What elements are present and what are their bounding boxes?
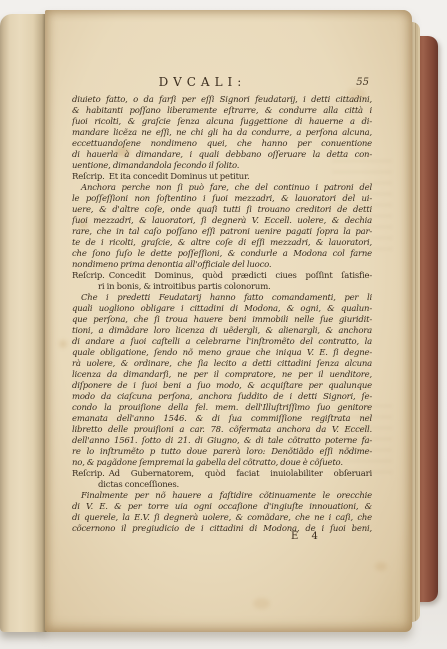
text-line: condo la prouiſione della fel. mem. dell… bbox=[72, 403, 372, 414]
text-line: ſuoi mezzadri, & lauoratori, ſi degnerà … bbox=[72, 216, 372, 227]
text-line: mandare licẽza ne eſſi, ne chi gli ha da… bbox=[72, 128, 372, 139]
text-line: rare, che in tal caſo poſſano eſſi patro… bbox=[72, 227, 372, 238]
body-paragraph: Che i predetti Feudatarij hanno fatto co… bbox=[72, 293, 372, 469]
text-line: dictas conceſſiones. bbox=[72, 480, 372, 491]
page-header: DVCALI: 55 bbox=[72, 75, 373, 90]
left-page-edges bbox=[0, 14, 47, 632]
text-line: uere, & d'altre coſe, onde quaſi tutti ſ… bbox=[72, 205, 372, 216]
text-line: rà uolere, & ordinare, che ſia lecito a … bbox=[72, 359, 372, 370]
rescript-paragraph: Reſcrip. Et ita concedit Dominus ut peti… bbox=[72, 172, 372, 183]
foxing-spot bbox=[375, 562, 387, 571]
text-line: Che i predetti Feudatarij hanno fatto co… bbox=[72, 293, 372, 304]
page-number: 55 bbox=[356, 77, 369, 88]
text-line: libretto delle prouiſioni a car. 78. cõf… bbox=[72, 425, 372, 436]
text-line: eccettuandoſene nondimeno quei, che hann… bbox=[72, 139, 372, 150]
text-line: licenza da dimandarſi, ne per il comprat… bbox=[72, 370, 372, 381]
foxing-spot bbox=[59, 340, 67, 348]
body-paragraph: diuieto fatto, o da farſi per eſſi Signo… bbox=[72, 95, 372, 172]
signature-mark: E 4 bbox=[72, 531, 372, 542]
text-line: di V. E. & per torre uia ogni occaſione … bbox=[72, 502, 372, 513]
text-line: dell'anno 1561. ſotto di 21. di Giugno, … bbox=[72, 436, 372, 447]
text-line: diuieto fatto, o da farſi per eſſi Signo… bbox=[72, 95, 372, 106]
text-line: Anchora perche non ſi può fare, che del … bbox=[72, 183, 372, 194]
text-block: diuieto fatto, o da farſi per eſſi Signo… bbox=[72, 95, 372, 535]
rescript-paragraph: Reſcrip. Concedit Dominus, quòd prædicti… bbox=[72, 271, 372, 293]
text-line: no, & pagãdone ſempremai la gabella del … bbox=[72, 458, 372, 469]
text-line: nondimeno prima denontia all'officiale d… bbox=[72, 260, 372, 271]
text-line: di andare a ſuoi caſtelli a celebrarne l… bbox=[72, 337, 372, 348]
text-line: diſponere de i ſuoi beni a ſuo modo, & a… bbox=[72, 381, 372, 392]
text-line: che ſono ſuſo le dette poſſeſſioni, & co… bbox=[72, 249, 372, 260]
body-paragraph: Finalmente per nõ hauere a faſtidire cõt… bbox=[72, 491, 372, 535]
photo-background: { "photo": { "background_color": "#f0eee… bbox=[0, 0, 447, 649]
text-line: di querele, la E.V. ſi degnerà uolere, &… bbox=[72, 513, 372, 524]
running-title: DVCALI: bbox=[72, 75, 333, 89]
text-line: quale obligatione, ſendo nõ meno graue c… bbox=[72, 348, 372, 359]
body-paragraph: Anchora perche non ſi può fare, che del … bbox=[72, 183, 372, 271]
text-line: Reſcrip. Et ita concedit Dominus ut peti… bbox=[72, 172, 372, 183]
foxing-spot bbox=[253, 598, 270, 609]
text-line: tioni, a dimãdare loro licenza di uẽderg… bbox=[72, 326, 372, 337]
text-line: ſuoi ricolti, & graſcie ſenza alcuna ſug… bbox=[72, 117, 372, 128]
page: DVCALI: 55 diuieto fatto, o da farſi per… bbox=[45, 10, 412, 632]
text-line: uentione, dimandandola ſecondo il ſolito… bbox=[72, 161, 372, 172]
rescript-paragraph: Reſcrip. Ad Gubernatorem, quòd faciat in… bbox=[72, 469, 372, 491]
text-line: que perſona, che ſi troua hauere beni im… bbox=[72, 315, 372, 326]
text-line: modo da ciaſcuna perſona, anchora ſuddit… bbox=[72, 392, 372, 403]
text-line: te de i ricolti, graſcie, & altre coſe d… bbox=[72, 238, 372, 249]
text-line: quali uogliono obligare i cittadini di M… bbox=[72, 304, 372, 315]
text-line: emanata dell'anno 1546. & di ſua commiſſ… bbox=[72, 414, 372, 425]
text-line: le poſſeſſioni non ſoſtentino i ſuoi mez… bbox=[72, 194, 372, 205]
text-line: & habitanti poſſano liberamente eſtrarre… bbox=[72, 106, 372, 117]
text-line: Reſcrip. Ad Gubernatorem, quòd faciat in… bbox=[72, 469, 372, 480]
text-line: re lo inſtrumẽto p tutto doue parerà lor… bbox=[72, 447, 372, 458]
text-line: Finalmente per nõ hauere a faſtidire cõt… bbox=[72, 491, 372, 502]
text-line: di hauerla à dimandare, i quali debbano … bbox=[72, 150, 372, 161]
text-line: ri in bonis, & introitibus partis colono… bbox=[72, 282, 372, 293]
text-line: Reſcrip. Concedit Dominus, quòd prædicti… bbox=[72, 271, 372, 282]
